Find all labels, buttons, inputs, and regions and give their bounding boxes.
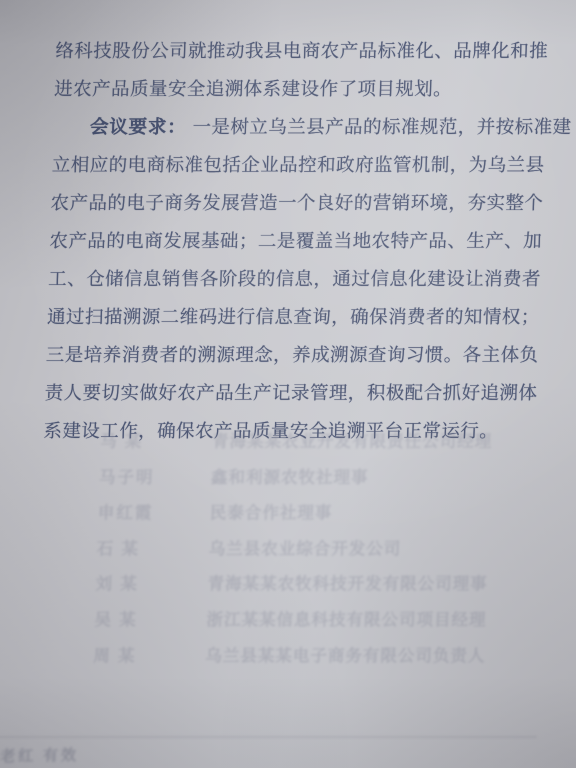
document-line: 工、仓储信息销售各阶段的信息，通过信息化建设让消费者 [48, 261, 543, 299]
showthrough-name: 申红霞 [97, 495, 210, 531]
showthrough-title: 浙江某某信息科技有限公司项目经理 [206, 602, 487, 638]
paper-crease [0, 736, 537, 738]
document-line: 农产品的电商发展基础；二是覆盖当地农特产品、生产、加 [49, 223, 544, 261]
paragraph-lead-bold: 会议要求： [90, 118, 193, 138]
showthrough-title: 青海某某农业开发有限责任公司经理 [212, 424, 493, 460]
handwriting-showthrough: 老红 有效 [0, 743, 130, 767]
showthrough-title: 乌兰县某某电子商务有限公司负责人 [205, 638, 486, 674]
showthrough-row: 吴 某浙江某某信息科技有限公司项目经理 [94, 602, 525, 638]
showthrough-title: 乌兰县农业综合开发公司 [208, 531, 402, 567]
showthrough-attendee-list: 马 某青海某某农业开发有限责任公司经理 马子明鑫和利源农牧社理事 申红霞民泰合作… [93, 424, 531, 673]
showthrough-name: 石 某 [96, 531, 209, 567]
showthrough-title: 青海某某农牧科技开发有限公司理事 [207, 566, 488, 602]
showthrough-name: 刘 某 [95, 566, 208, 602]
document-line: 三是培养消费者的溯源理念，养成溯源查询习惯。各主体负 [45, 337, 540, 375]
showthrough-name: 马子明 [98, 460, 211, 496]
document-line: 责人要切实做好农产品生产记录管理，积极配合抓好追溯体 [44, 375, 539, 413]
photographed-document-page: { "photo": { "paper_base_color": "#c6c6c… [0, 0, 576, 768]
paper-sheet: 络科技股份公司就推动我县电商农产品标准化、品牌化和推 进农产品质量安全追溯体系建… [0, 0, 576, 768]
document-line-text: 一是树立乌兰县产品的标准规范，并按标准建 [192, 118, 572, 138]
showthrough-row: 申红霞民泰合作社理事 [97, 495, 528, 531]
showthrough-row: 石 某乌兰县农业综合开发公司 [96, 531, 527, 567]
showthrough-row: 马 某青海某某农业开发有限责任公司经理 [100, 424, 531, 460]
showthrough-name: 马 某 [100, 424, 213, 460]
document-line: 进农产品质量安全追溯体系建设作了项目规划。 [54, 71, 549, 109]
document-line: 农产品的电子商务发展营造一个良好的营销环境，夯实整个 [50, 185, 545, 223]
document-line: 通过扫描溯源二维码进行信息查询，确保消费者的知情权； [46, 299, 541, 337]
showthrough-title: 民泰合作社理事 [209, 495, 333, 531]
showthrough-row: 刘 某青海某某农牧科技开发有限公司理事 [95, 566, 526, 602]
showthrough-row: 周 某乌兰县某某电子商务有限公司负责人 [93, 638, 524, 674]
showthrough-row: 马子明鑫和利源农牧社理事 [98, 460, 529, 496]
document-text: 络科技股份公司就推动我县电商农产品标准化、品牌化和推 进农产品质量安全追溯体系建… [43, 33, 550, 451]
document-line: 络科技股份公司就推动我县电商农产品标准化、品牌化和推 [55, 33, 550, 71]
showthrough-name: 周 某 [93, 638, 206, 674]
showthrough-title: 鑫和利源农牧社理事 [210, 460, 369, 496]
document-line: 立相应的电商标准包括企业品控和政府监管机制，为乌兰县 [51, 147, 546, 185]
showthrough-name: 吴 某 [94, 602, 207, 638]
document-line: 会议要求：一是树立乌兰县产品的标准规范，并按标准建 [52, 109, 547, 147]
